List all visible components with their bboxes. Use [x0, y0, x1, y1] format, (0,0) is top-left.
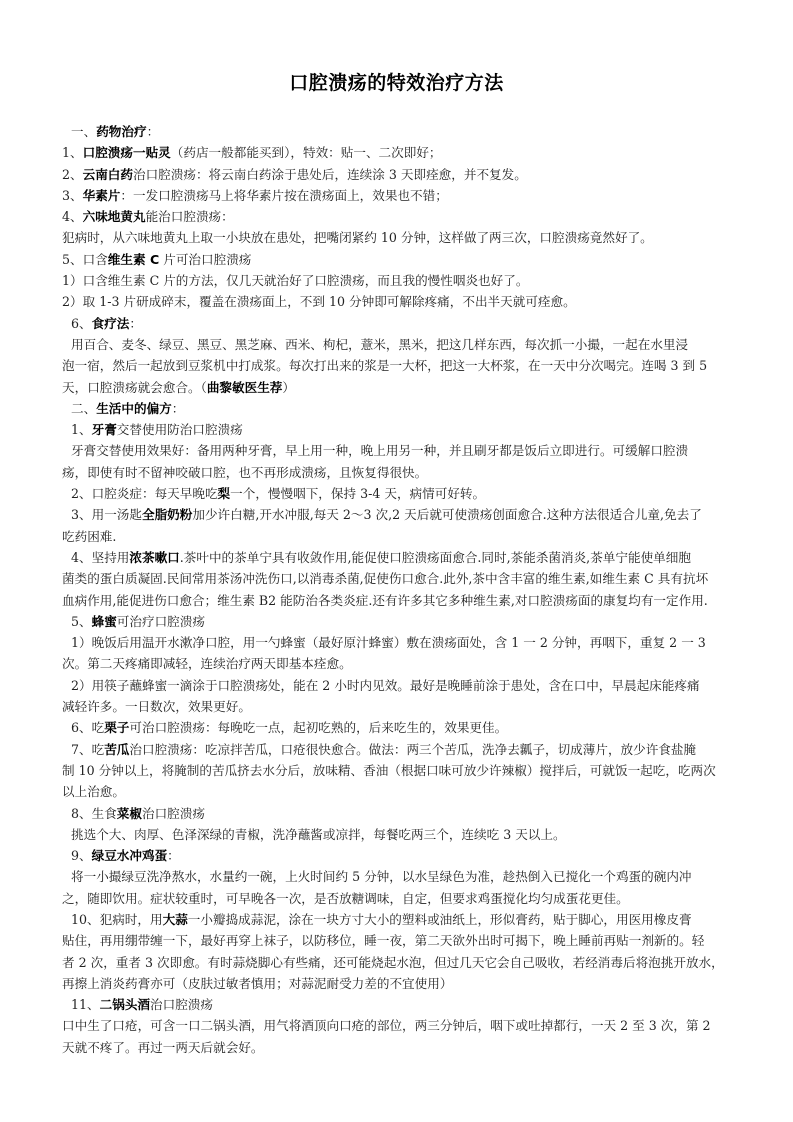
bold-text: 华素片	[83, 188, 121, 203]
text-line: 3、用一汤匙全脂奶粉加少许白糖,开水冲服,每天 2～3 次,2 天后就可使溃疡创…	[62, 504, 738, 525]
body-text: 可治疗口腔溃疡	[117, 614, 205, 629]
text-line: 牙膏交替使用效果好：备用两种牙膏，早上用一种，晚上用另一种，并且刷牙都是饭后立即…	[62, 440, 738, 461]
bold-text: 大蒜	[163, 912, 188, 927]
body-text: 10、犯病时，用	[71, 912, 163, 927]
body-text: ：	[147, 124, 160, 139]
body-text: 用百合、麦冬、绿豆、黑豆、黑芝麻、西米、枸杞，薏米，黑米，把这几样东西，每次抓一…	[71, 337, 688, 352]
text-line: 血病作用,能促进伤口愈合；维生素 B2 能防治各类炎症.还有许多其它多种维生素,…	[62, 590, 738, 611]
text-line: 4、坚持用浓茶嗽口.茶叶中的茶单宁具有收敛作用,能促使口腔溃疡面愈合.同时,茶能…	[62, 547, 738, 568]
text-line: 1）口含维生素 C 片的方法，仅几天就治好了口腔溃疡，而且我的慢性咽炎也好了。	[62, 270, 738, 291]
body-text: 将一小撮绿豆洗净熬水，水量约一碗，上火时间约 5 分钟，以水呈绿色为准，趁热倒入…	[71, 869, 692, 884]
body-text: 一、	[71, 124, 96, 139]
bold-text: 二锅头酒	[100, 997, 150, 1012]
bold-text: 生活中的偏方	[96, 401, 172, 416]
body-text: 天，口腔溃疡就会愈合。（	[62, 380, 207, 395]
body-text: 8、生食	[71, 806, 117, 821]
body-text: 一小瓣捣成蒜泥，涂在一块方寸大小的塑料或油纸上，形似膏药，贴于脚心，用医用橡皮膏	[188, 912, 692, 927]
body-text: 犯病时，从六味地黄丸上取一小块放在患处，把嘴闭紧约 10 分钟，这样做了两三次，…	[62, 230, 653, 245]
bold-text: 维生素 C	[108, 252, 159, 267]
text-line: 次。第二天疼痛即减轻，连续治疗两天即基本痊愈。	[62, 653, 738, 674]
bold-text: 栗子	[104, 720, 129, 735]
text-line: 5、口含维生素 C 片可治口腔溃疡	[62, 249, 738, 270]
text-line: 6、吃栗子可治口腔溃疡：每晚吃一点，起初吃熟的，后来吃生的，效果更佳。	[62, 717, 738, 738]
document-title: 口腔溃疡的特效治疗方法	[0, 68, 793, 95]
text-line: 者 2 次，重者 3 次即愈。有时蒜烧脚心有些痛，还可能烧起水泡，但过几天它会自…	[62, 952, 738, 973]
body-text: 次。第二天疼痛即减轻，连续治疗两天即基本痊愈。	[62, 656, 352, 671]
text-line: 3、华素片：一发口腔溃疡马上将华素片按在溃疡面上，效果也不错；	[62, 185, 738, 206]
text-line: 制 10 分钟以上，将腌制的苦瓜挤去水分后，放味精、香油（根据口味可放少许辣椒）…	[62, 760, 738, 781]
body-text: 3、用一汤匙	[71, 507, 142, 522]
body-text: 一个，慢慢咽下，保持 3-4 天，病情可好转。	[230, 486, 485, 501]
text-line: 2）取 1-3 片研成碎末，覆盖在溃疡面上，不到 10 分钟即可解除疼痛，不出半…	[62, 291, 738, 312]
text-line: 2）用筷子蘸蜂蜜一滴涂于口腔溃疡处，能在 2 小时内见效。最好是晚睡前涂于患处，…	[62, 675, 738, 696]
body-text: 2）取 1-3 片研成碎末，覆盖在溃疡面上，不到 10 分钟即可解除疼痛，不出半…	[62, 294, 576, 309]
body-text: ：	[172, 401, 185, 416]
text-line: 1、口腔溃疡一贴灵（药店一般都能买到），特效：贴一、二次即好；	[62, 142, 738, 163]
body-text: 片可治口腔溃疡	[159, 252, 251, 267]
text-line: 口中生了口疮，可含一口二锅头酒，用气将酒顶向口疮的部位，两三分钟后，咽下或吐掉都…	[62, 1015, 738, 1036]
body-text: 5、口含	[62, 252, 108, 267]
body-text: 4、坚持用	[71, 550, 129, 565]
text-line: 一、药物治疗：	[62, 121, 738, 142]
body-text: 者 2 次，重者 3 次即愈。有时蒜烧脚心有些痛，还可能烧起水泡，但过几天它会自…	[62, 955, 724, 970]
bold-text: 苦瓜	[104, 742, 129, 757]
body-text: 11、	[71, 997, 100, 1012]
body-text: 二、	[71, 401, 96, 416]
body-text: 牙膏交替使用效果好：备用两种牙膏，早上用一种，晚上用另一种，并且刷牙都是饭后立即…	[71, 443, 688, 458]
document-page: 口腔溃疡的特效治疗方法 一、药物治疗：1、口腔溃疡一贴灵（药店一般都能买到），特…	[0, 0, 793, 1122]
body-text: 之，随即饮用。症状较重时，可早晚各一次，是否放糖调味，自定，但要求鸡蛋搅化均匀成…	[62, 891, 629, 906]
body-text: 1）口含维生素 C 片的方法，仅几天就治好了口腔溃疡，而且我的慢性咽炎也好了。	[62, 273, 528, 288]
text-line: 6、食疗法：	[62, 313, 738, 334]
body-text: ）	[282, 380, 295, 395]
body-text: 治口腔溃疡：将云南白药涂于患处后，连续涂 3 天即痊愈，并不复发。	[133, 167, 527, 182]
text-line: 犯病时，从六味地黄丸上取一小块放在患处，把嘴闭紧约 10 分钟，这样做了两三次，…	[62, 227, 738, 248]
body-text: 治口腔溃疡	[150, 997, 213, 1012]
text-line: 挑选个大、肉厚、色泽深绿的青椒，洗净蘸酱或凉拌，每餐吃两三个，连续吃 3 天以上…	[62, 824, 738, 845]
body-text: 9、	[71, 848, 92, 863]
text-line: 天就不疼了。再过一两天后就会好。	[62, 1037, 738, 1058]
text-line: 9、绿豆水冲鸡蛋：	[62, 845, 738, 866]
body-text: 交替使用防治口腔溃疡	[117, 422, 243, 437]
body-text: 6、吃	[71, 720, 104, 735]
body-text: 治口腔溃疡：吃凉拌苦瓜，口疮很快愈合。做法：两三个苦瓜，洗净去瓤子，切成薄片，放…	[129, 742, 696, 757]
body-text: 天就不疼了。再过一两天后就会好。	[62, 1040, 264, 1055]
body-text: 菌类的蛋白质凝固.民间常用茶汤冲洗伤口,以消毒杀菌,促使伤口愈合.此外,茶中含丰…	[62, 571, 708, 586]
text-line: 1）晚饭后用温开水漱净口腔，用一勺蜂蜜（最好原汁蜂蜜）敷在溃疡面处，含 1 一 …	[62, 632, 738, 653]
body-text: 减轻许多。一日数次，效果更好。	[62, 699, 251, 714]
body-text: 2、口腔炎症：每天早晚吃	[71, 486, 218, 501]
text-line: 减轻许多。一日数次，效果更好。	[62, 696, 738, 717]
text-line: 再擦上消炎药膏亦可（皮肤过敏者慎用；对蒜泥耐受力差的不宜使用）	[62, 973, 738, 994]
body-text: 加少许白糖,开水冲服,每天 2～3 次,2 天后就可使溃疡创面愈合.这种方法很适…	[192, 507, 701, 522]
text-line: 菌类的蛋白质凝固.民间常用茶汤冲洗伤口,以消毒杀菌,促使伤口愈合.此外,茶中含丰…	[62, 568, 738, 589]
body-text: 5、	[71, 614, 92, 629]
text-line: 4、六味地黄丸能治口腔溃疡：	[62, 206, 738, 227]
body-text: 制 10 分钟以上，将腌制的苦瓜挤去水分后，放味精、香油（根据口味可放少许辣椒）…	[62, 763, 716, 778]
body-text: 2、	[62, 167, 83, 182]
text-line: 1、牙膏交替使用防治口腔溃疡	[62, 419, 738, 440]
bold-text: 菜椒	[117, 806, 142, 821]
text-line: 8、生食菜椒治口腔溃疡	[62, 803, 738, 824]
body-text: ：	[167, 848, 180, 863]
text-line: 以上治愈。	[62, 781, 738, 802]
body-text: 2）用筷子蘸蜂蜜一滴涂于口腔溃疡处，能在 2 小时内见效。最好是晚睡前涂于患处，…	[71, 678, 700, 693]
body-text: 疡，即使有时不留神咬破口腔，也不再形成溃疡，且恢复得很快。	[62, 465, 427, 480]
body-text: 7、吃	[71, 742, 104, 757]
text-line: 将一小撮绿豆洗净熬水，水量约一碗，上火时间约 5 分钟，以水呈绿色为准，趁热倒入…	[62, 866, 738, 887]
document-body: 一、药物治疗：1、口腔溃疡一贴灵（药店一般都能买到），特效：贴一、二次即好；2、…	[62, 121, 738, 1058]
text-line: 贴住，再用绷带缠一下，最好再穿上袜子，以防移位，睡一夜，第二天欲外出时可揭下，晚…	[62, 930, 738, 951]
bold-text: 口腔溃疡一贴灵	[83, 145, 171, 160]
bold-text: 曲黎敏医生荐	[207, 380, 283, 395]
bold-text: 六味地黄丸	[83, 209, 146, 224]
text-line: 之，随即饮用。症状较重时，可早晚各一次，是否放糖调味，自定，但要求鸡蛋搅化均匀成…	[62, 888, 738, 909]
text-line: 10、犯病时，用大蒜一小瓣捣成蒜泥，涂在一块方寸大小的塑料或油纸上，形似膏药，贴…	[62, 909, 738, 930]
text-line: 7、吃苦瓜治口腔溃疡：吃凉拌苦瓜，口疮很快愈合。做法：两三个苦瓜，洗净去瓤子，切…	[62, 739, 738, 760]
body-text: .茶叶中的茶单宁具有收敛作用,能促使口腔溃疡面愈合.同时,茶能杀菌消炎,茶单宁能…	[180, 550, 691, 565]
body-text: 1、	[71, 422, 92, 437]
body-text: （药店一般都能买到），特效：贴一、二次即好；	[171, 145, 442, 160]
body-text: 3、	[62, 188, 83, 203]
bold-text: 云南白药	[83, 167, 133, 182]
body-text: 1）晚饭后用温开水漱净口腔，用一勺蜂蜜（最好原汁蜂蜜）敷在溃疡面处，含 1 一 …	[71, 635, 706, 650]
bold-text: 牙膏	[92, 422, 117, 437]
bold-text: 梨	[218, 486, 231, 501]
bold-text: 蜂蜜	[92, 614, 117, 629]
bold-text: 药物治疗	[96, 124, 146, 139]
body-text: 吃药困难.	[62, 529, 116, 544]
body-text: 泡一宿，然后一起放到豆浆机中打成浆。每次打出来的浆是一大杯，把这一大杯浆，在一天…	[62, 358, 707, 373]
bold-text: 浓茶嗽口	[129, 550, 179, 565]
body-text: 口中生了口疮，可含一口二锅头酒，用气将酒顶向口疮的部位，两三分钟后，咽下或吐掉都…	[62, 1018, 711, 1033]
text-line: 天，口腔溃疡就会愈合。（曲黎敏医生荐）	[62, 377, 738, 398]
body-text: 6、	[71, 316, 92, 331]
bold-text: 食疗法	[92, 316, 130, 331]
body-text: 血病作用,能促进伤口愈合；维生素 B2 能防治各类炎症.还有许多其它多种维生素,…	[62, 593, 708, 608]
body-text: 再擦上消炎药膏亦可（皮肤过敏者慎用；对蒜泥耐受力差的不宜使用）	[62, 976, 452, 991]
text-line: 用百合、麦冬、绿豆、黑豆、黑芝麻、西米、枸杞，薏米，黑米，把这几样东西，每次抓一…	[62, 334, 738, 355]
body-text: 贴住，再用绷带缠一下，最好再穿上袜子，以防移位，睡一夜，第二天欲外出时可揭下，晚…	[62, 933, 704, 948]
body-text: ：	[129, 316, 142, 331]
body-text: 1、	[62, 145, 83, 160]
text-line: 2、云南白药治口腔溃疡：将云南白药涂于患处后，连续涂 3 天即痊愈，并不复发。	[62, 164, 738, 185]
bold-text: 全脂奶粉	[142, 507, 192, 522]
bold-text: 绿豆水冲鸡蛋	[92, 848, 168, 863]
text-line: 泡一宿，然后一起放到豆浆机中打成浆。每次打出来的浆是一大杯，把这一大杯浆，在一天…	[62, 355, 738, 376]
text-line: 11、二锅头酒治口腔溃疡	[62, 994, 738, 1015]
text-line: 吃药困难.	[62, 526, 738, 547]
body-text: 能治口腔溃疡：	[146, 209, 234, 224]
text-line: 二、生活中的偏方：	[62, 398, 738, 419]
text-line: 5、蜂蜜可治疗口腔溃疡	[62, 611, 738, 632]
body-text: 治口腔溃疡	[142, 806, 205, 821]
text-line: 2、口腔炎症：每天早晚吃梨一个，慢慢咽下，保持 3-4 天，病情可好转。	[62, 483, 738, 504]
body-text: ：一发口腔溃疡马上将华素片按在溃疡面上，效果也不错；	[120, 188, 447, 203]
body-text: 挑选个大、肉厚、色泽深绿的青椒，洗净蘸酱或凉拌，每餐吃两三个，连续吃 3 天以上…	[71, 827, 566, 842]
text-line: 疡，即使有时不留神咬破口腔，也不再形成溃疡，且恢复得很快。	[62, 462, 738, 483]
body-text: 以上治愈。	[62, 784, 125, 799]
body-text: 可治口腔溃疡：每晚吃一点，起初吃熟的，后来吃生的，效果更佳。	[129, 720, 507, 735]
body-text: 4、	[62, 209, 83, 224]
